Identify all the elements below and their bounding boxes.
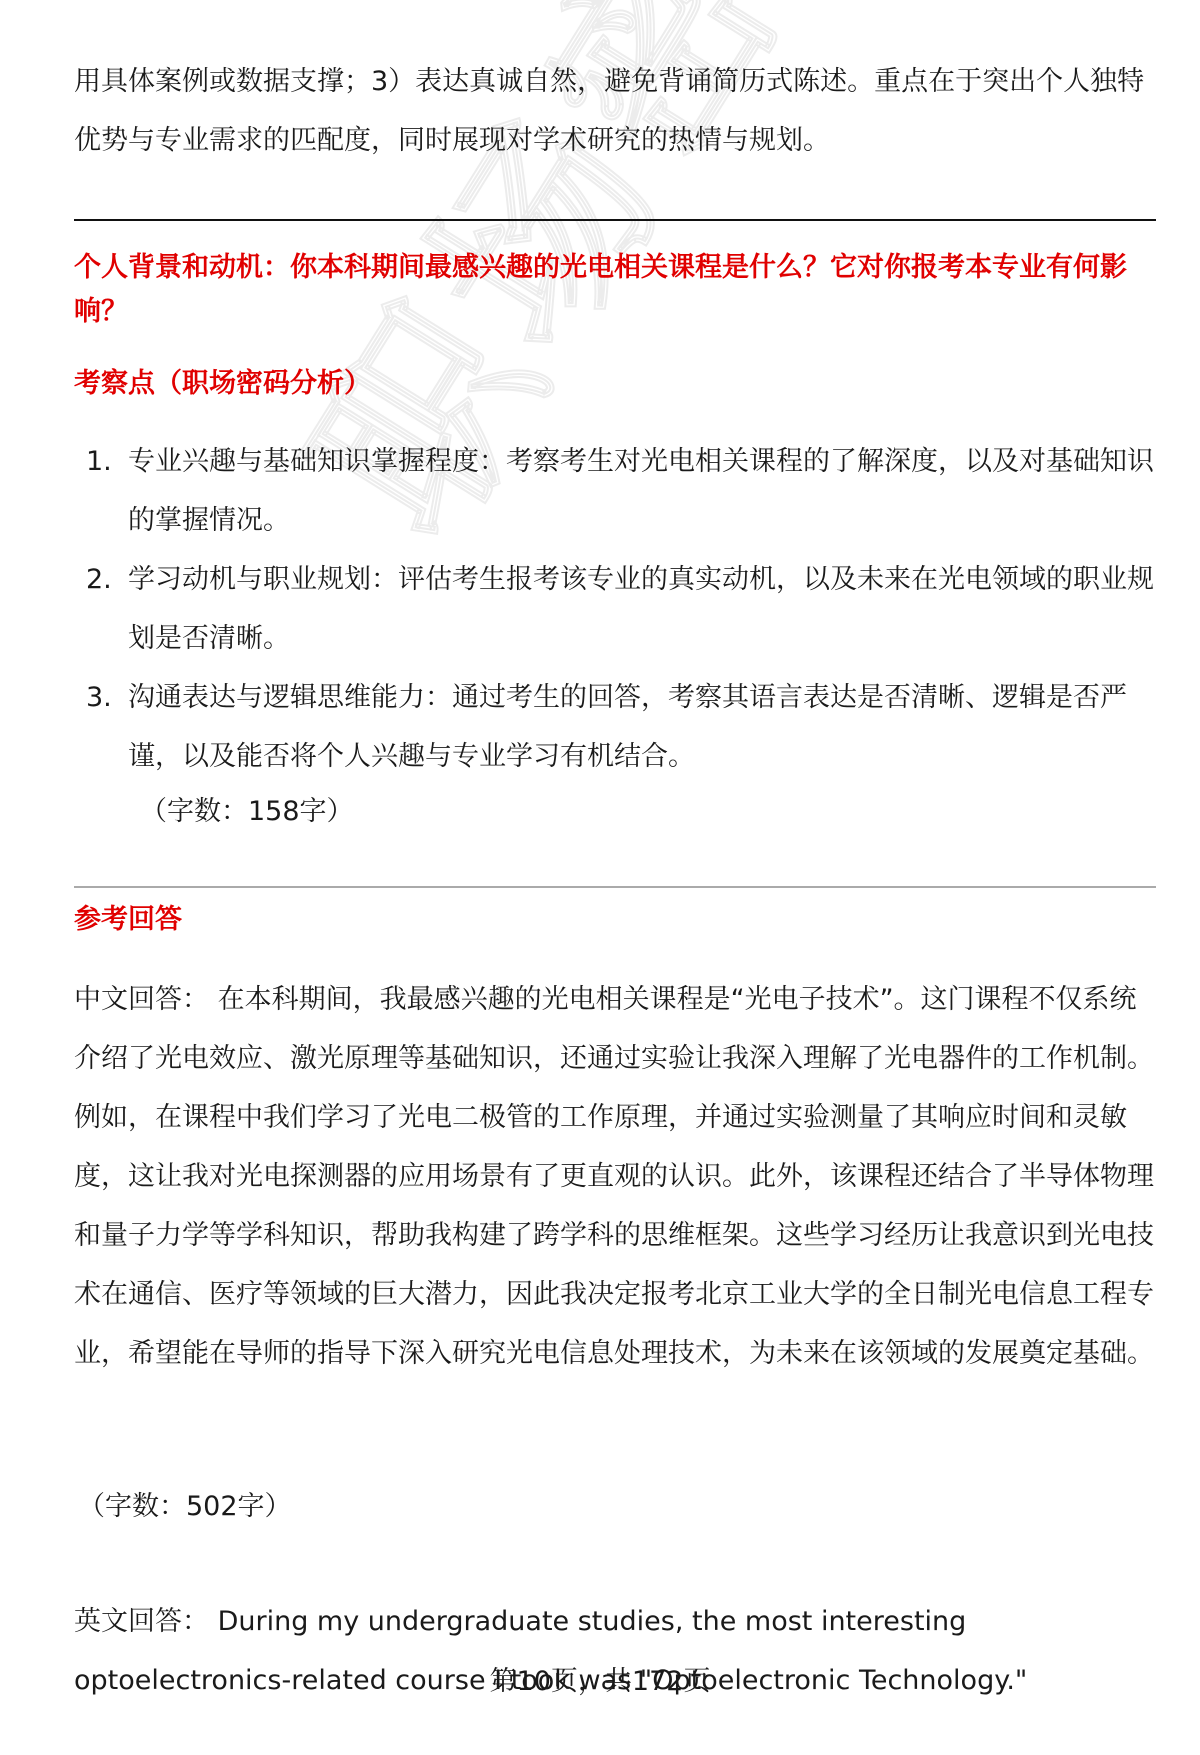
section-divider	[74, 886, 1156, 888]
list-number: 2.	[86, 550, 112, 609]
list-text: 学习动机与职业规划：评估考生报考该专业的真实动机，以及未来在光电领域的职业规划是…	[128, 564, 1154, 654]
chinese-answer: 中文回答： 在本科期间，我最感兴趣的光电相关课程是“光电子技术”。这门课程不仅系…	[74, 970, 1154, 1383]
list-text: 专业兴趣与基础知识掌握程度：考察考生对光电相关课程的了解深度，以及对基础知识的掌…	[128, 446, 1154, 536]
list-item: 3. 沟通表达与逻辑思维能力：通过考生的回答，考察其语言表达是否清晰、逻辑是否严…	[74, 668, 1154, 786]
question-title: 个人背景和动机：你本科期间最感兴趣的光电相关课程是什么？它对你报考本专业有何影响…	[74, 246, 1154, 334]
analysis-heading: 考察点（职场密码分析）	[74, 362, 371, 406]
analysis-points-list: 1. 专业兴趣与基础知识掌握程度：考察考生对光电相关课程的了解深度，以及对基础知…	[74, 432, 1154, 786]
intro-paragraph: 用具体案例或数据支撑；3）表达真诚自然，避免背诵简历式陈述。重点在于突出个人独特…	[74, 52, 1154, 170]
answer-heading: 参考回答	[74, 898, 182, 942]
list-number: 3.	[86, 668, 112, 727]
list-text: 沟通表达与逻辑思维能力：通过考生的回答，考察其语言表达是否清晰、逻辑是否严谨，以…	[128, 682, 1127, 772]
section-divider	[74, 219, 1156, 221]
list-number: 1.	[86, 432, 112, 491]
answer-word-count: （字数：502字）	[78, 1485, 292, 1529]
analysis-word-count: （字数：158字）	[140, 790, 354, 834]
list-item: 2. 学习动机与职业规划：评估考生报考该专业的真实动机，以及未来在光电领域的职业…	[74, 550, 1154, 668]
list-item: 1. 专业兴趣与基础知识掌握程度：考察考生对光电相关课程的了解深度，以及对基础知…	[74, 432, 1154, 550]
page-indicator: 第10页，共172页	[0, 1662, 1200, 1702]
document-page: 职场密码出品 用具体案例或数据支撑；3）表达真诚自然，避免背诵简历式陈述。重点在…	[0, 0, 1200, 1755]
